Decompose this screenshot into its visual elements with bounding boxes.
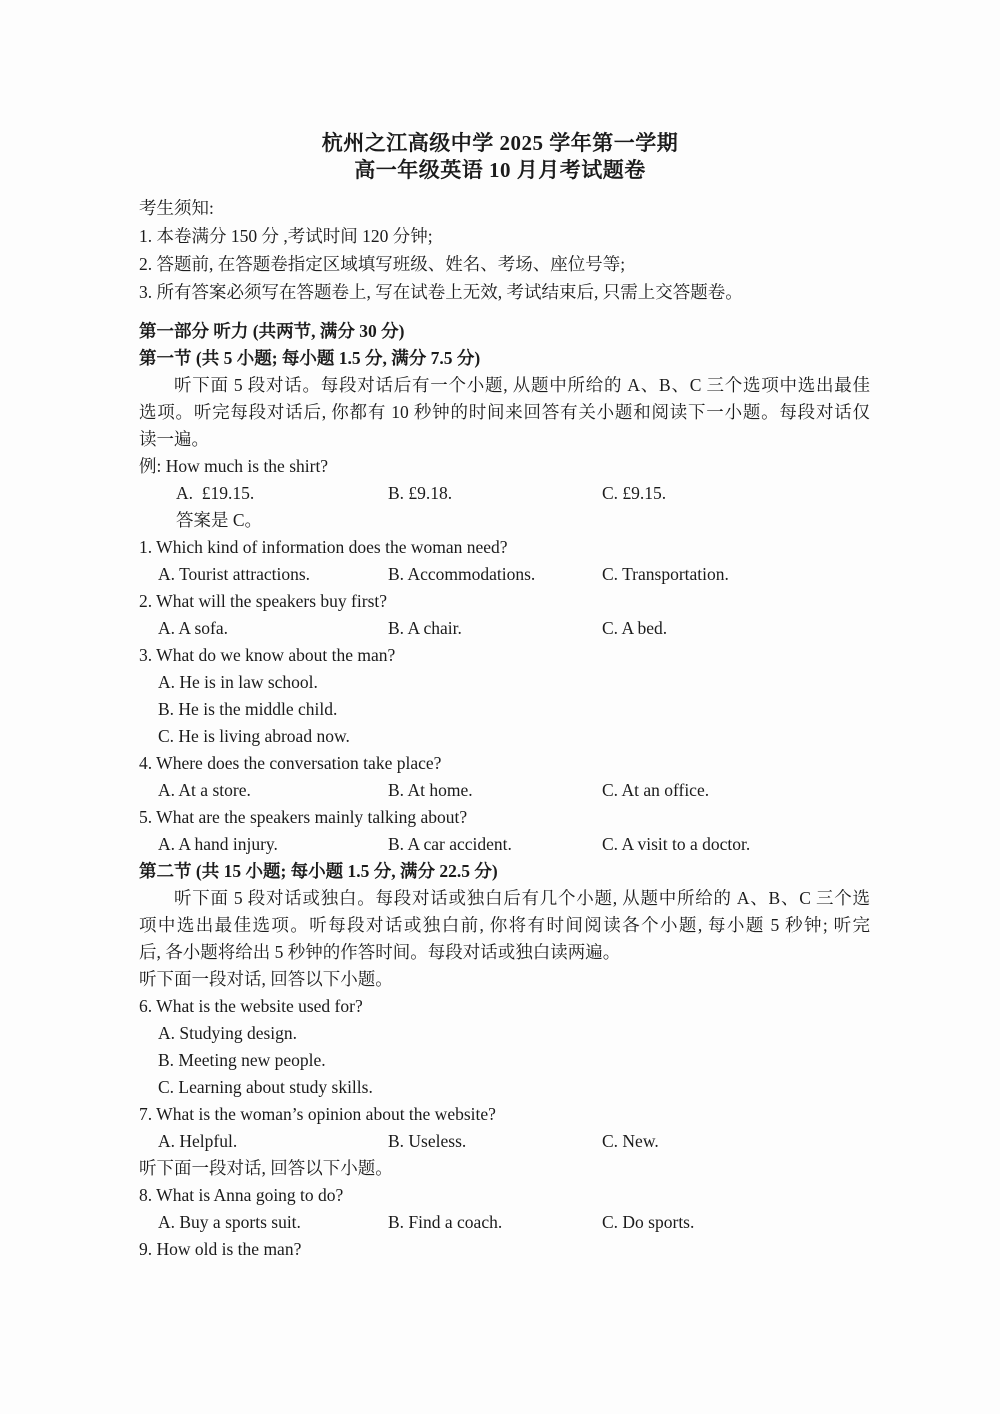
option-a: A. Helpful. xyxy=(158,1128,388,1155)
section1-instructions: 听下面 5 段对话。每段对话后有一个小题, 从题中所给的 A、B、C 三个选项中… xyxy=(139,372,870,453)
notice-item: 1. 本卷满分 150 分 ,考试时间 120 分钟; xyxy=(139,222,870,250)
title-line-2: 高一年级英语 10 月月考试题卷 xyxy=(0,157,1000,184)
exam-body: 第一部分 听力 (共两节, 满分 30 分) 第一节 (共 5 小题; 每小题 … xyxy=(139,318,870,1263)
option-b: B. Find a coach. xyxy=(388,1209,602,1236)
question-5: 5. What are the speakers mainly talking … xyxy=(139,804,870,858)
section2-instructions: 听下面 5 段对话或独白。每段对话或独白后有几个小题, 从题中所给的 A、B、C… xyxy=(139,885,870,966)
question-options: A. Buy a sports suit. B. Find a coach. C… xyxy=(139,1209,870,1236)
question-options: A. Helpful. B. Useless. C. New. xyxy=(139,1128,870,1155)
option-a: A. Buy a sports suit. xyxy=(158,1209,388,1236)
option-a: A. A sofa. xyxy=(158,615,388,642)
instruction-line: 后, 各小题将给出 5 秒钟的作答时间。每段对话或独白读两遍。 xyxy=(139,939,870,966)
option-c: C. Learning about study skills. xyxy=(139,1074,870,1101)
option-c: C. Do sports. xyxy=(602,1209,870,1236)
instruction-line: 听下面 5 段对话。每段对话后有一个小题, 从题中所给的 A、B、C 三个选项中… xyxy=(139,372,870,399)
option-c: C. Transportation. xyxy=(602,561,870,588)
question-7: 7. What is the woman’s opinion about the… xyxy=(139,1101,870,1155)
example-option-a: A. £19.15. xyxy=(176,480,388,507)
question-text: 9. How old is the man? xyxy=(139,1236,870,1263)
question-text: 4. Where does the conversation take plac… xyxy=(139,750,870,777)
question-9: 9. How old is the man? xyxy=(139,1236,870,1263)
option-b: B. A chair. xyxy=(388,615,602,642)
page-title: 杭州之江高级中学 2025 学年第一学期 高一年级英语 10 月月考试题卷 xyxy=(0,0,1000,184)
example-options: A. £19.15. B. £9.18. C. £9.15. xyxy=(139,480,870,507)
option-b: B. Useless. xyxy=(388,1128,602,1155)
title-line-1: 杭州之江高级中学 2025 学年第一学期 xyxy=(0,130,1000,157)
question-4: 4. Where does the conversation take plac… xyxy=(139,750,870,804)
notice-heading: 考生须知: xyxy=(139,194,870,222)
notice-item: 2. 答题前, 在答题卷指定区域填写班级、姓名、考场、座位号等; xyxy=(139,250,870,278)
question-text: 2. What will the speakers buy first? xyxy=(139,588,870,615)
option-b: B. A car accident. xyxy=(388,831,602,858)
section1-heading: 第一节 (共 5 小题; 每小题 1.5 分, 满分 7.5 分) xyxy=(139,345,870,372)
section2-heading: 第二节 (共 15 小题; 每小题 1.5 分, 满分 22.5 分) xyxy=(139,858,870,885)
instruction-line: 听下面 5 段对话或独白。每段对话或独白后有几个小题, 从题中所给的 A、B、C… xyxy=(139,885,870,912)
page-content: 考生须知: 1. 本卷满分 150 分 ,考试时间 120 分钟; 2. 答题前… xyxy=(0,194,1000,1263)
question-text: 6. What is the website used for? xyxy=(139,993,870,1020)
question-2: 2. What will the speakers buy first? A. … xyxy=(139,588,870,642)
question-3: 3. What do we know about the man? A. He … xyxy=(139,642,870,750)
question-6: 6. What is the website used for? A. Stud… xyxy=(139,993,870,1101)
question-options: A. Studying design. B. Meeting new peopl… xyxy=(139,1020,870,1101)
question-options: A. He is in law school. B. He is the mid… xyxy=(139,669,870,750)
option-c: C. At an office. xyxy=(602,777,870,804)
instruction-line: 项中选出最佳选项。听每段对话或独白前, 你将有时间阅读各个小题, 每小题 5 秒… xyxy=(139,912,870,939)
question-text: 8. What is Anna going to do? xyxy=(139,1182,870,1209)
question-text: 5. What are the speakers mainly talking … xyxy=(139,804,870,831)
question-8: 8. What is Anna going to do? A. Buy a sp… xyxy=(139,1182,870,1236)
option-b: B. He is the middle child. xyxy=(139,696,870,723)
option-c: C. New. xyxy=(602,1128,870,1155)
question-text: 3. What do we know about the man? xyxy=(139,642,870,669)
instruction-line: 读一遍。 xyxy=(139,426,870,453)
exam-paper-page: 杭州之江高级中学 2025 学年第一学期 高一年级英语 10 月月考试题卷 考生… xyxy=(0,0,1000,1414)
listening-lead-1: 听下面一段对话, 回答以下小题。 xyxy=(139,966,870,993)
option-a: A. Studying design. xyxy=(139,1020,870,1047)
question-options: A. A hand injury. B. A car accident. C. … xyxy=(139,831,870,858)
option-c: C. A visit to a doctor. xyxy=(602,831,870,858)
part1-heading: 第一部分 听力 (共两节, 满分 30 分) xyxy=(139,318,870,345)
notice-item: 3. 所有答案必须写在答题卷上, 写在试卷上无效, 考试结束后, 只需上交答题卷… xyxy=(139,278,870,306)
listening-lead-2: 听下面一段对话, 回答以下小题。 xyxy=(139,1155,870,1182)
question-options: A. At a store. B. At home. C. At an offi… xyxy=(139,777,870,804)
option-c: C. A bed. xyxy=(602,615,870,642)
option-a: A. Tourist attractions. xyxy=(158,561,388,588)
option-a: A. A hand injury. xyxy=(158,831,388,858)
option-b: B. At home. xyxy=(388,777,602,804)
example-answer: 答案是 C。 xyxy=(139,507,870,534)
question-options: A. Tourist attractions. B. Accommodation… xyxy=(139,561,870,588)
question-options: A. A sofa. B. A chair. C. A bed. xyxy=(139,615,870,642)
example-prompt: 例: How much is the shirt? xyxy=(139,453,870,480)
option-c: C. He is living abroad now. xyxy=(139,723,870,750)
candidate-notice: 考生须知: 1. 本卷满分 150 分 ,考试时间 120 分钟; 2. 答题前… xyxy=(139,194,870,306)
option-a: A. He is in law school. xyxy=(139,669,870,696)
example-option-c: C. £9.15. xyxy=(602,480,870,507)
option-b: B. Meeting new people. xyxy=(139,1047,870,1074)
option-a: A. At a store. xyxy=(158,777,388,804)
example-block: 例: How much is the shirt? A. £19.15. B. … xyxy=(139,453,870,534)
option-b: B. Accommodations. xyxy=(388,561,602,588)
instruction-line: 选项。听完每段对话后, 你都有 10 秒钟的时间来回答有关小题和阅读下一小题。每… xyxy=(139,399,870,426)
question-text: 1. Which kind of information does the wo… xyxy=(139,534,870,561)
question-1: 1. Which kind of information does the wo… xyxy=(139,534,870,588)
example-option-b: B. £9.18. xyxy=(388,480,602,507)
question-text: 7. What is the woman’s opinion about the… xyxy=(139,1101,870,1128)
